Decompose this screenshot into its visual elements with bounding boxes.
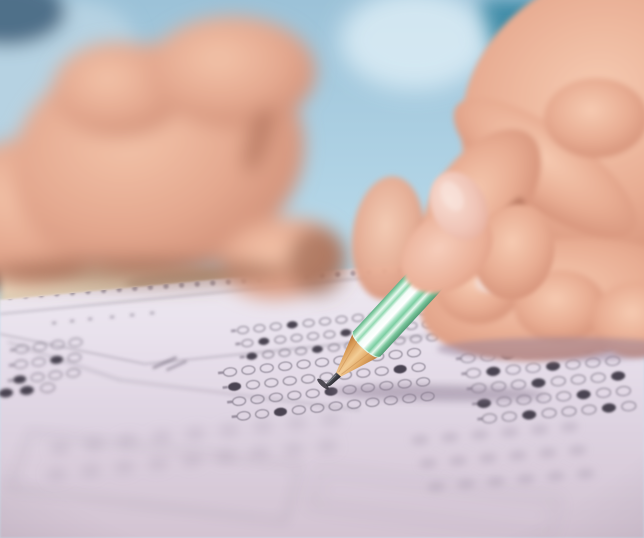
photo-scene bbox=[0, 0, 644, 538]
vignette-overlay bbox=[0, 0, 644, 538]
